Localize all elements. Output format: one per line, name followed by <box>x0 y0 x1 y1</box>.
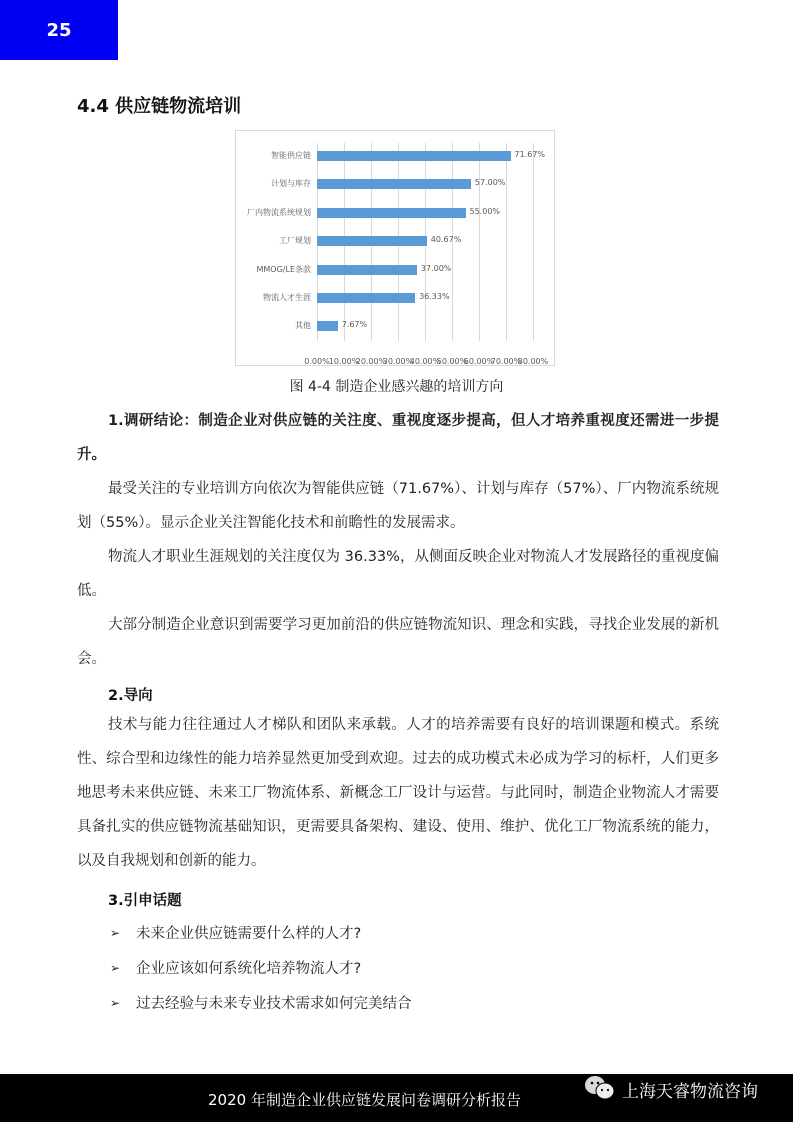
chart-bar-row: 智能供应链71.67% <box>317 143 533 171</box>
page-number-badge: 25 <box>0 0 118 60</box>
x-tick-label: 60.00% <box>464 357 495 366</box>
conclusion-heading: 1.调研结论：制造企业对供应链的关注度、重视度逐步提高，但人才培养重视度还需进一… <box>77 404 719 472</box>
orientation-paragraph: 技术与能力往往通过人才梯队和团队来承载。人才的培养需要有良好的培训课题和模式。系… <box>77 708 719 878</box>
topic-item: ➢ 过去经验与未来专业技术需求如何完美结合 <box>110 992 412 1013</box>
topic-text: 未来企业供应链需要什么样的人才? <box>136 922 361 943</box>
gridline <box>533 143 534 341</box>
category-label: 厂内物流系统规划 <box>247 207 311 218</box>
x-tick-label: 30.00% <box>383 357 414 366</box>
chart-bar-row: 厂内物流系统规划55.00% <box>317 200 533 228</box>
chart-plot-area: 0.00%10.00%20.00%30.00%40.00%50.00%60.00… <box>317 143 533 341</box>
chart-bar-row: MMOG/LE条款37.00% <box>317 257 533 285</box>
section-title: 4.4 供应链物流培训 <box>77 92 241 118</box>
category-label: 计划与库存 <box>271 178 311 189</box>
topic-text: 过去经验与未来专业技术需求如何完美结合 <box>136 992 412 1013</box>
watermark-account-name: 上海天睿物流咨询 <box>622 1077 758 1102</box>
x-tick-label: 50.00% <box>437 357 468 366</box>
page-footer: 2020 年制造企业供应链发展问卷调研分析报告 上海天睿物流咨询 <box>0 1074 793 1122</box>
chart-bar-row: 物流人才生涯36.33% <box>317 285 533 313</box>
chart-bar-row: 其他7.67% <box>317 313 533 341</box>
x-tick-label: 80.00% <box>518 357 549 366</box>
category-label: 智能供应链 <box>271 150 311 161</box>
bar <box>317 179 471 189</box>
topics-heading: 3.引申话题 <box>108 889 182 910</box>
bar-value-label: 37.00% <box>421 264 452 273</box>
bar <box>317 151 511 161</box>
bar-value-label: 55.00% <box>470 207 501 216</box>
topic-item: ➢ 未来企业供应链需要什么样的人才? <box>110 922 361 943</box>
bar-value-label: 7.67% <box>342 320 367 329</box>
x-tick-label: 70.00% <box>491 357 522 366</box>
arrow-bullet-icon: ➢ <box>110 926 136 940</box>
chart-bar-row: 工厂规划40.67% <box>317 228 533 256</box>
wechat-icon <box>582 1074 618 1102</box>
bar-chart: 0.00%10.00%20.00%30.00%40.00%50.00%60.00… <box>235 130 555 366</box>
category-label: 工厂规划 <box>279 235 311 246</box>
bar <box>317 265 417 275</box>
bar-value-label: 71.67% <box>515 150 546 159</box>
bar <box>317 236 427 246</box>
footer-title: 2020 年制造企业供应链发展问卷调研分析报告 <box>208 1089 521 1110</box>
x-tick-label: 40.00% <box>410 357 441 366</box>
conclusion-paragraph-2: 物流人才职业生涯规划的关注度仅为 36.33%，从侧面反映企业对物流人才发展路径… <box>77 540 719 608</box>
bar <box>317 208 466 218</box>
category-label: 其他 <box>295 320 311 331</box>
arrow-bullet-icon: ➢ <box>110 961 136 975</box>
x-tick-label: 20.00% <box>356 357 387 366</box>
arrow-bullet-icon: ➢ <box>110 996 136 1010</box>
conclusion-paragraph-3: 大部分制造企业意识到需要学习更加前沿的供应链物流知识、理念和实践，寻找企业发展的… <box>77 608 719 676</box>
figure-caption: 图 4-4 制造企业感兴趣的培训方向 <box>0 376 793 396</box>
topic-item: ➢ 企业应该如何系统化培养物流人才? <box>110 957 361 978</box>
orientation-heading: 2.导向 <box>108 684 153 705</box>
bar <box>317 293 415 303</box>
conclusion-paragraph-1: 最受关注的专业培训方向依次为智能供应链（71.67%）、计划与库存（57%）、厂… <box>77 472 719 540</box>
x-tick-label: 10.00% <box>329 357 360 366</box>
category-label: MMOG/LE条款 <box>256 264 311 275</box>
topic-text: 企业应该如何系统化培养物流人才? <box>136 957 361 978</box>
bar-value-label: 36.33% <box>419 292 450 301</box>
bar-value-label: 57.00% <box>475 178 506 187</box>
bar <box>317 321 338 331</box>
bar-value-label: 40.67% <box>431 235 462 244</box>
category-label: 物流人才生涯 <box>263 292 311 303</box>
chart-bar-row: 计划与库存57.00% <box>317 171 533 199</box>
x-tick-label: 0.00% <box>304 357 329 366</box>
page-number: 25 <box>46 20 71 41</box>
